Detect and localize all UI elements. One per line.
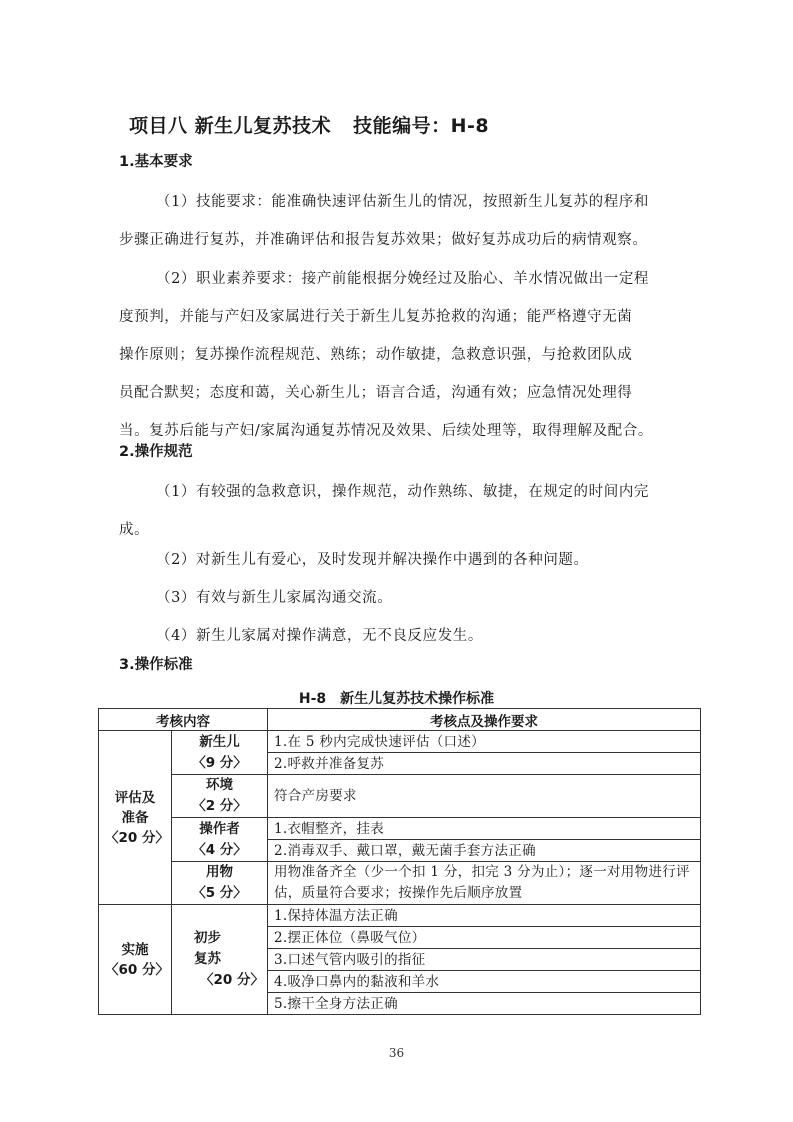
category-line: 评估及 <box>105 788 165 808</box>
subcategory-initial-resuscitation: 初步 复苏 〈20 分〉 <box>172 905 268 1015</box>
table-row: 环境 〈2 分〉 符合产房要求 <box>99 775 701 818</box>
assessment-item: 用物准备齐全（少一个扣 1 分，扣完 3 分为止）；逐一对用物进行评估，质量符合… <box>268 862 701 905</box>
section-heading-operation-norms: 2.操作规范 <box>119 440 193 461</box>
section-heading-basic-requirements: 1.基本要求 <box>119 150 193 171</box>
paragraph-line: （1）有较强的急救意识，操作规范，动作熟练、敏捷，在规定的时间内完 <box>156 480 649 501</box>
subcategory-operator: 操作者 〈4 分〉 <box>172 818 268 862</box>
page-title: 项目八 新生儿复苏技术技能编号：H-8 <box>129 111 489 138</box>
subcategory-environment: 环境 〈2 分〉 <box>172 775 268 818</box>
category-score: 〈60 分〉 <box>105 960 165 980</box>
assessment-item: 1.保持体温方法正确 <box>268 905 701 927</box>
paragraph-line: （4）新生儿家属对操作满意，无不良反应发生。 <box>156 624 483 645</box>
subcategory-score: 〈9 分〉 <box>178 753 261 774</box>
table-header-row: 考核内容 考核点及操作要求 <box>99 709 701 731</box>
assessment-item: 符合产房要求 <box>268 775 701 818</box>
category-line: 实施 <box>105 940 165 960</box>
paragraph-line: （3）有效与新生儿家属沟通交流。 <box>156 586 392 607</box>
subcategory-supplies: 用物 〈5 分〉 <box>172 862 268 905</box>
subcategory-score: 〈2 分〉 <box>178 796 261 817</box>
table-row: 用物 〈5 分〉 用物准备齐全（少一个扣 1 分，扣完 3 分为止）；逐一对用物… <box>99 862 701 905</box>
paragraph-line: （2）对新生儿有爱心，及时发现并解决操作中遇到的各种问题。 <box>156 548 589 569</box>
table-row: 操作者 〈4 分〉 1.衣帽整齐，挂表 <box>99 818 701 840</box>
category-line: 准备 <box>105 808 165 828</box>
subcategory-name: 环境 <box>178 775 261 796</box>
subcategory-newborn: 新生儿 〈9 分〉 <box>172 731 268 775</box>
paragraph-line: 步骤正确进行复苏，并准确评估和报告复苏效果；做好复苏成功后的病情观察。 <box>119 228 648 249</box>
paragraph-line: 成。 <box>119 518 149 539</box>
skill-code: 技能编号：H-8 <box>353 115 489 137</box>
category-implementation: 实施 〈60 分〉 <box>99 905 172 1015</box>
header-assessment-points: 考核点及操作要求 <box>268 709 701 731</box>
assessment-item: 2.呼救并准备复苏 <box>268 753 701 775</box>
subcategory-name: 操作者 <box>178 819 261 840</box>
project-title: 项目八 新生儿复苏技术 <box>129 115 331 137</box>
table-caption: H-8新生儿复苏技术操作标准 <box>0 688 793 708</box>
assessment-item: 2.摆正体位（鼻吸气位） <box>268 927 701 949</box>
table-row: 评估及 准备 〈20 分〉 新生儿 〈9 分〉 1.在 5 秒内完成快速评估（口… <box>99 731 701 753</box>
subcategory-score: 〈5 分〉 <box>178 883 261 904</box>
category-score: 〈20 分〉 <box>105 828 165 848</box>
table-caption-title: 新生儿复苏技术操作标准 <box>340 691 494 707</box>
paragraph-line: 员配合默契；态度和蔼，关心新生儿；语言合适，沟通有效；应急情况处理得 <box>119 381 632 402</box>
subcategory-name: 新生儿 <box>178 732 261 753</box>
operation-standard-table: 考核内容 考核点及操作要求 评估及 准备 〈20 分〉 新生儿 〈9 分〉 1.… <box>98 708 701 1015</box>
paragraph-line: （1）技能要求：能准确快速评估新生儿的情况，按照新生儿复苏的程序和 <box>156 190 649 211</box>
paragraph-line: 度预判，并能与产妇及家属进行关于新生儿复苏抢救的沟通；能严格遵守无菌 <box>119 305 632 326</box>
paragraph-line: （2）职业素养要求：接产前能根据分娩经过及胎心、羊水情况做出一定程 <box>156 267 649 288</box>
assessment-item: 4.吸净口鼻内的黏液和羊水 <box>268 971 701 993</box>
subcategory-name: 复苏 <box>194 949 261 970</box>
assessment-item: 2.消毒双手、戴口罩，戴无菌手套方法正确 <box>268 840 701 862</box>
paragraph-line: 当。复苏后能与产妇/家属沟通复苏情况及效果、后续处理等，取得理解及配合。 <box>119 419 653 440</box>
page-number: 36 <box>0 1046 793 1060</box>
assessment-item: 1.衣帽整齐，挂表 <box>268 818 701 840</box>
subcategory-name: 初步 <box>194 928 261 949</box>
subcategory-name: 用物 <box>178 862 261 883</box>
header-assessment-content: 考核内容 <box>99 709 268 731</box>
category-assessment-preparation: 评估及 准备 〈20 分〉 <box>99 731 172 905</box>
paragraph-line: 操作原则；复苏操作流程规范、熟练；动作敏捷，急救意识强，与抢救团队成 <box>119 343 632 364</box>
subcategory-score: 〈4 分〉 <box>178 840 261 861</box>
table-row: 实施 〈60 分〉 初步 复苏 〈20 分〉 1.保持体温方法正确 <box>99 905 701 927</box>
assessment-item: 5.擦干全身方法正确 <box>268 993 701 1015</box>
assessment-item: 3.口述气管内吸引的指征 <box>268 949 701 971</box>
assessment-item: 1.在 5 秒内完成快速评估（口述） <box>268 731 701 753</box>
table-caption-code: H-8 <box>299 691 326 707</box>
section-heading-operation-standards: 3.操作标准 <box>119 653 193 674</box>
subcategory-score: 〈20 分〉 <box>194 970 261 991</box>
